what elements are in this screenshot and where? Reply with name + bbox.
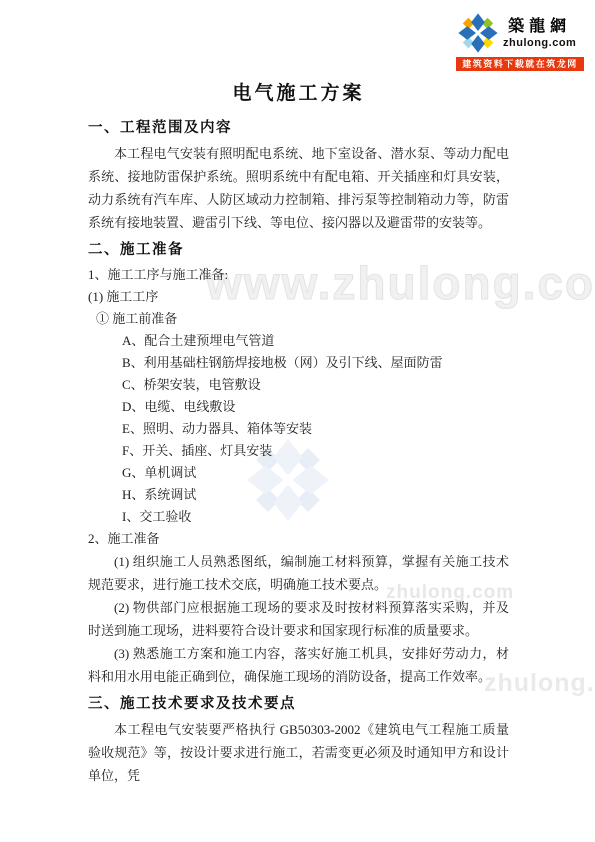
logo-banner-slogan: 建筑资料下载就在筑龙网 <box>456 57 584 71</box>
zhulong-logo: 築龍網 zhulong.com 建筑资料下载就在筑龙网 <box>456 12 584 71</box>
section-heading-scope: 一、工程范围及内容 <box>88 118 509 138</box>
logo-site-domain: zhulong.com <box>503 37 576 49</box>
step-item: C、桥架安装，电管敷设 <box>88 374 509 396</box>
paragraph-prep-3: (3) 熟悉施工方案和施工内容，落实好施工机具，安排好劳动力，材料和用水用电能正… <box>88 642 509 688</box>
document-content: 电气施工方案 一、工程范围及内容 本工程电气安装有照明配电系统、地下室设备、潜水… <box>88 82 509 787</box>
paragraph-scope: 本工程电气安装有照明配电系统、地下室设备、潜水泵、等动力配电系统、接地防雷保护系… <box>88 142 509 234</box>
logo-site-name: 築龍網 <box>508 17 571 37</box>
paragraph-prep-2: (2) 物供部门应根据施工现场的要求及时按材料预算落实采购，并及时送到施工现场，… <box>88 596 509 642</box>
step-item: D、电缆、电线敷设 <box>88 396 509 418</box>
paragraph-technical: 本工程电气安装要严格执行 GB50303-2002《建筑电气工程施工质量验收规范… <box>88 718 509 787</box>
list-item-sequence-title: 1、施工工序与施工准备: <box>88 264 509 286</box>
paragraph-prep-1: (1) 组织施工人员熟悉图纸，编制施工材料预算，掌握有关施工技术规范要求，进行施… <box>88 550 509 596</box>
step-item: E、照明、动力器具、箱体等安装 <box>88 418 509 440</box>
logo-text-block: 築龍網 zhulong.com <box>503 17 576 49</box>
zhulong-pinwheel-icon <box>458 13 498 53</box>
zhulong-logo-header: 築龍網 zhulong.com <box>456 12 584 55</box>
section-heading-preparation: 二、施工准备 <box>88 240 509 260</box>
step-item: B、利用基础柱钢筋焊接地极（网）及引下线、屋面防雷 <box>88 352 509 374</box>
list-item-preparation-title: 2、施工准备 <box>88 528 509 550</box>
step-item: F、开关、插座、灯具安装 <box>88 440 509 462</box>
step-item: I、交工验收 <box>88 506 509 528</box>
step-item: H、系统调试 <box>88 484 509 506</box>
list-item-process-title: (1) 施工工序 <box>88 286 509 308</box>
list-item-pre-construction: ① 施工前准备 <box>88 308 509 330</box>
step-item: A、配合土建预埋电气管道 <box>88 330 509 352</box>
page-title: 电气施工方案 <box>88 82 509 106</box>
document-page: www.zhulong.com zhulong.com zhulong.com <box>0 0 595 842</box>
step-item: G、单机调试 <box>88 462 509 484</box>
section-heading-technical: 三、施工技术要求及技术要点 <box>88 694 509 714</box>
